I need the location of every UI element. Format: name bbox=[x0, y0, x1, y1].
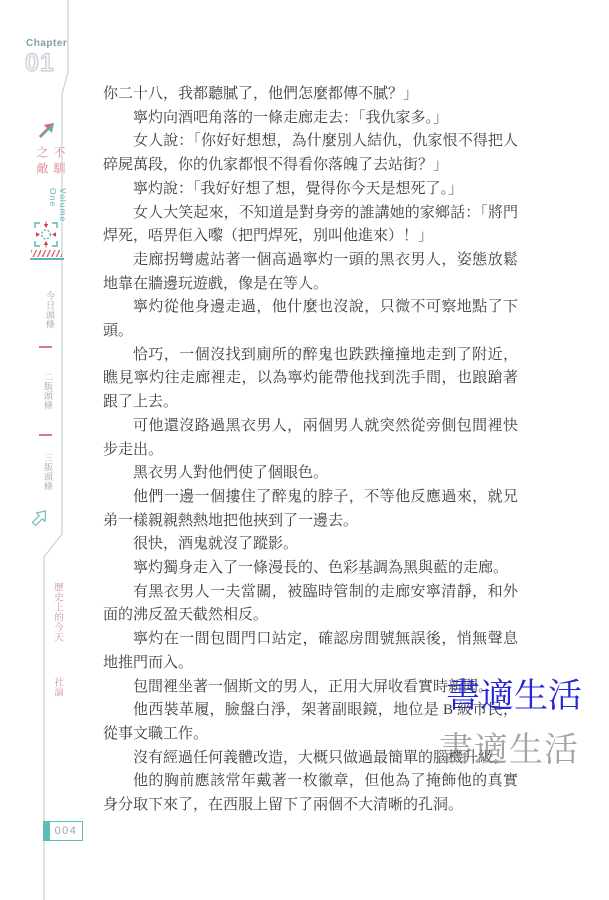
paragraph: 可他還沒路過黑衣男人，兩個男人就突然從旁側包間裡快步走出。 bbox=[103, 415, 518, 462]
sidebar-nav-item: 今日頭條 bbox=[44, 291, 57, 329]
paragraph: 寧灼說：「我好好想了想，覺得你今天是想死了。」 bbox=[103, 178, 518, 202]
paragraph: 寧灼在一間包間門口站定，確認房間號無誤後，悄無聲息地推門而入。 bbox=[103, 628, 518, 675]
paragraph: 黑衣男人對他們使了個眼色。 bbox=[103, 462, 518, 486]
paragraph: 他的胸前應該常年戴著一枚徽章，但他為了掩飾他的真實身分取下來了，在西服上留下了兩… bbox=[103, 770, 518, 817]
series-title: 不馴之敵 bbox=[34, 146, 68, 188]
page-number-badge: 004 bbox=[43, 821, 83, 841]
arrow-up-right-icon bbox=[36, 121, 56, 141]
paragraph: 恰巧，一個沒找到廁所的醉鬼也跌跌撞撞地走到了附近，瞧見寧灼往走廊裡走，以為寧灼能… bbox=[103, 344, 518, 415]
paragraph: 寧灼向酒吧角落的一條走廊走去：「我仇家多。」 bbox=[103, 107, 518, 131]
paragraph: 包間裡坐著一個斯文的男人，正用大屏收看實時新聞。 bbox=[103, 676, 518, 700]
paragraph: 寧灼從他身邊走過，他什麼也沒說，只微不可察地點了下頭。 bbox=[103, 296, 518, 343]
paragraph: 沒有經過任何義體改造，大概只做過最簡單的腦機升級。 bbox=[103, 747, 518, 771]
paragraph: 女人說：「你好好想想，為什麼別人結仇，仇家恨不得把人碎屍萬段，你的仇家都恨不得看… bbox=[103, 130, 518, 177]
paragraph: 你二十八，我都聽膩了，他們怎麼都傳不膩？」 bbox=[103, 83, 518, 107]
nav-separator bbox=[39, 434, 52, 436]
paragraph: 有黑衣男人一夫當關，被臨時管制的走廊安寧清靜，和外面的沸反盈天截然相反。 bbox=[103, 581, 518, 628]
book-page: Chapter 01 不馴之敵 Volume One bbox=[0, 0, 609, 900]
sidebar-tag: 歷史上的今天 bbox=[50, 582, 64, 642]
paragraph: 他們一邊一個摟住了醉鬼的脖子，不等他反應過來，就兄弟一樣親親熱熱地把他挾到了一邊… bbox=[103, 486, 518, 533]
crosshair-target-icon bbox=[34, 221, 58, 253]
paragraph: 女人大笑起來，不知道是對身旁的誰講她的家鄉話：「將門焊死，唔畀佢入嚟（把門焊死，… bbox=[103, 202, 518, 249]
hatch-decoration bbox=[31, 250, 62, 257]
paragraph: 寧灼獨身走入了一條漫長的、色彩基調為黑與藍的走廊。 bbox=[103, 557, 518, 581]
chapter-number: 01 bbox=[25, 49, 55, 78]
chapter-label: Chapter bbox=[26, 38, 62, 49]
sidebar-nav-item: 三版頭條 bbox=[42, 453, 55, 491]
paragraph: 很快，酒鬼就沒了蹤影。 bbox=[103, 533, 518, 557]
body-text: 你二十八，我都聽膩了，他們怎麼都傳不膩？」寧灼向酒吧角落的一條走廊走去：「我仇家… bbox=[103, 83, 518, 818]
paragraph: 他西裝革履，臉盤白淨，架著副眼鏡，地位是 B 級市民，從事文職工作。 bbox=[103, 699, 518, 746]
sidebar-tag: 社論 bbox=[50, 677, 64, 697]
sidebar-nav-item: 二版頭條 bbox=[42, 372, 55, 410]
nav-separator bbox=[39, 346, 52, 348]
sidebar: Chapter 01 不馴之敵 Volume One bbox=[0, 0, 100, 900]
series-title-block: 不馴之敵 Volume One bbox=[31, 146, 68, 226]
paragraph: 走廊拐彎處站著一個高過寧灼一頭的黑衣男人，姿態放鬆地靠在牆邊玩遊戲，像是在等人。 bbox=[103, 249, 518, 296]
hatch-underline bbox=[30, 258, 64, 260]
page-number: 004 bbox=[50, 822, 82, 840]
arrow-up-right-outline-icon bbox=[30, 508, 48, 528]
